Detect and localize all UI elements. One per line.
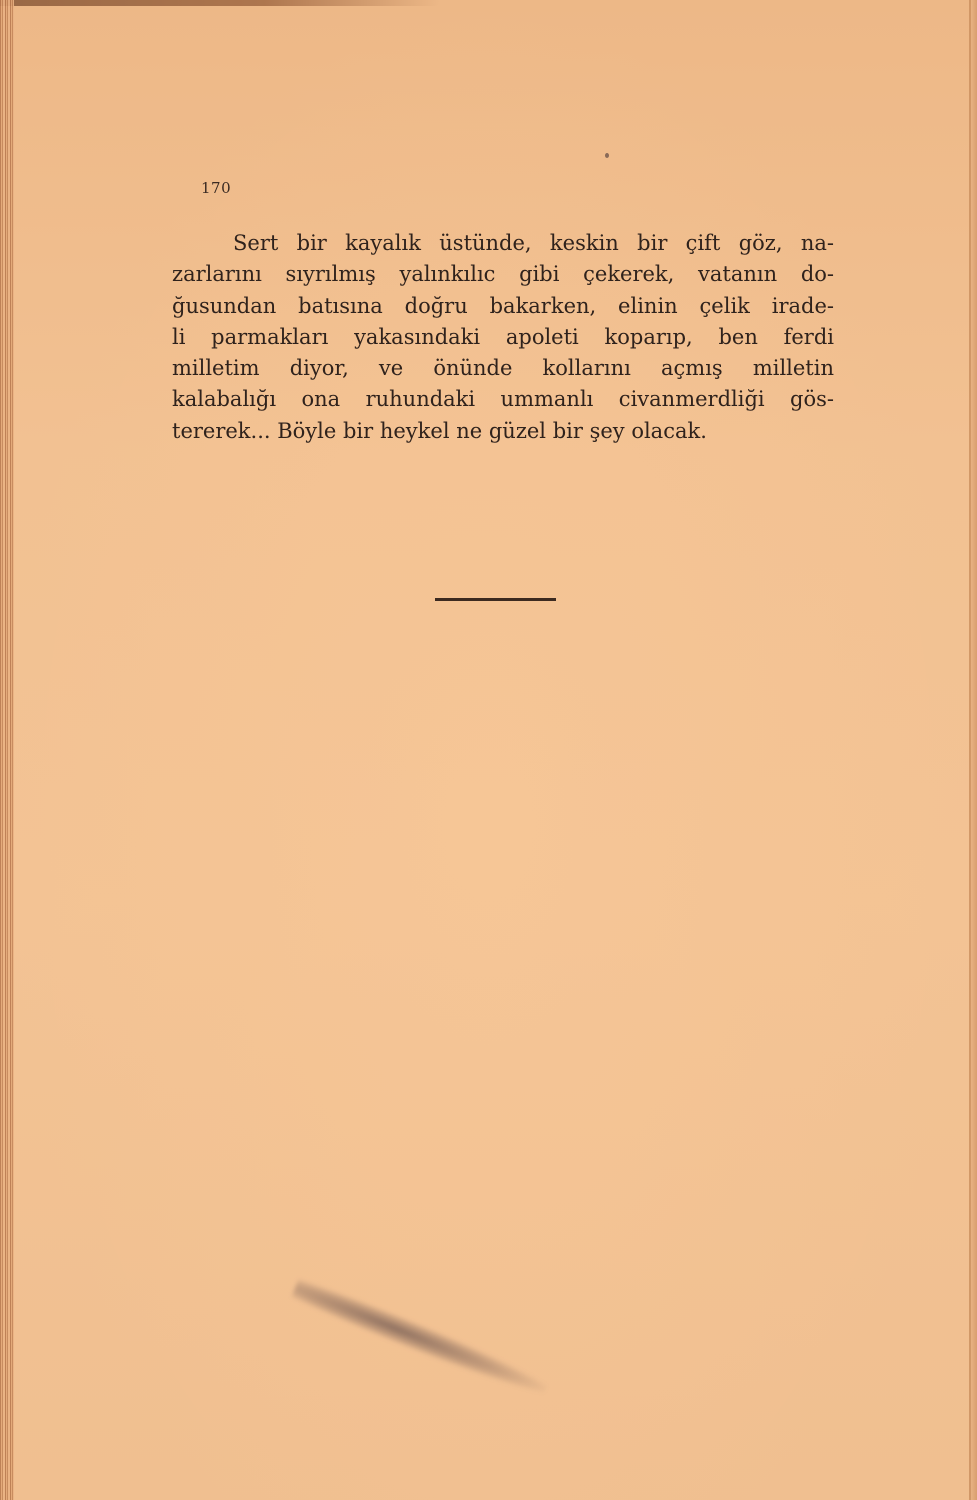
page-right-shade (971, 0, 977, 1500)
pencil-smudge (290, 1276, 550, 1401)
body-paragraph: Sert bir kayalık üstünde, keskin bir çif… (172, 228, 834, 447)
paragraph-line: tererek... Böyle bir heykel ne güzel bir… (172, 416, 834, 447)
paragraph-line: li parmakları yakasındaki apoleti koparı… (172, 322, 834, 353)
page-number: 170 (201, 179, 231, 197)
book-page: 170 Sert bir kayalık üstünde, keskin bir… (0, 0, 977, 1500)
paragraph-line: ğusundan batısına doğru bakarken, elinin… (172, 291, 834, 322)
paragraph-line: zarlarını sıyrılmış yalınkılıc gibi çeke… (172, 259, 834, 290)
section-end-divider (435, 598, 556, 601)
page-right-edge (969, 0, 971, 1500)
ink-speck (605, 153, 609, 158)
paragraph-line: milletim diyor, ve önünde kollarını açmı… (172, 353, 834, 384)
paragraph-line: Sert bir kayalık üstünde, keskin bir çif… (172, 228, 834, 259)
page-top-edge-stain (0, 0, 440, 6)
page-binding-edge (0, 0, 14, 1500)
paragraph-line: kalabalığı ona ruhundaki ummanlı civanme… (172, 384, 834, 415)
